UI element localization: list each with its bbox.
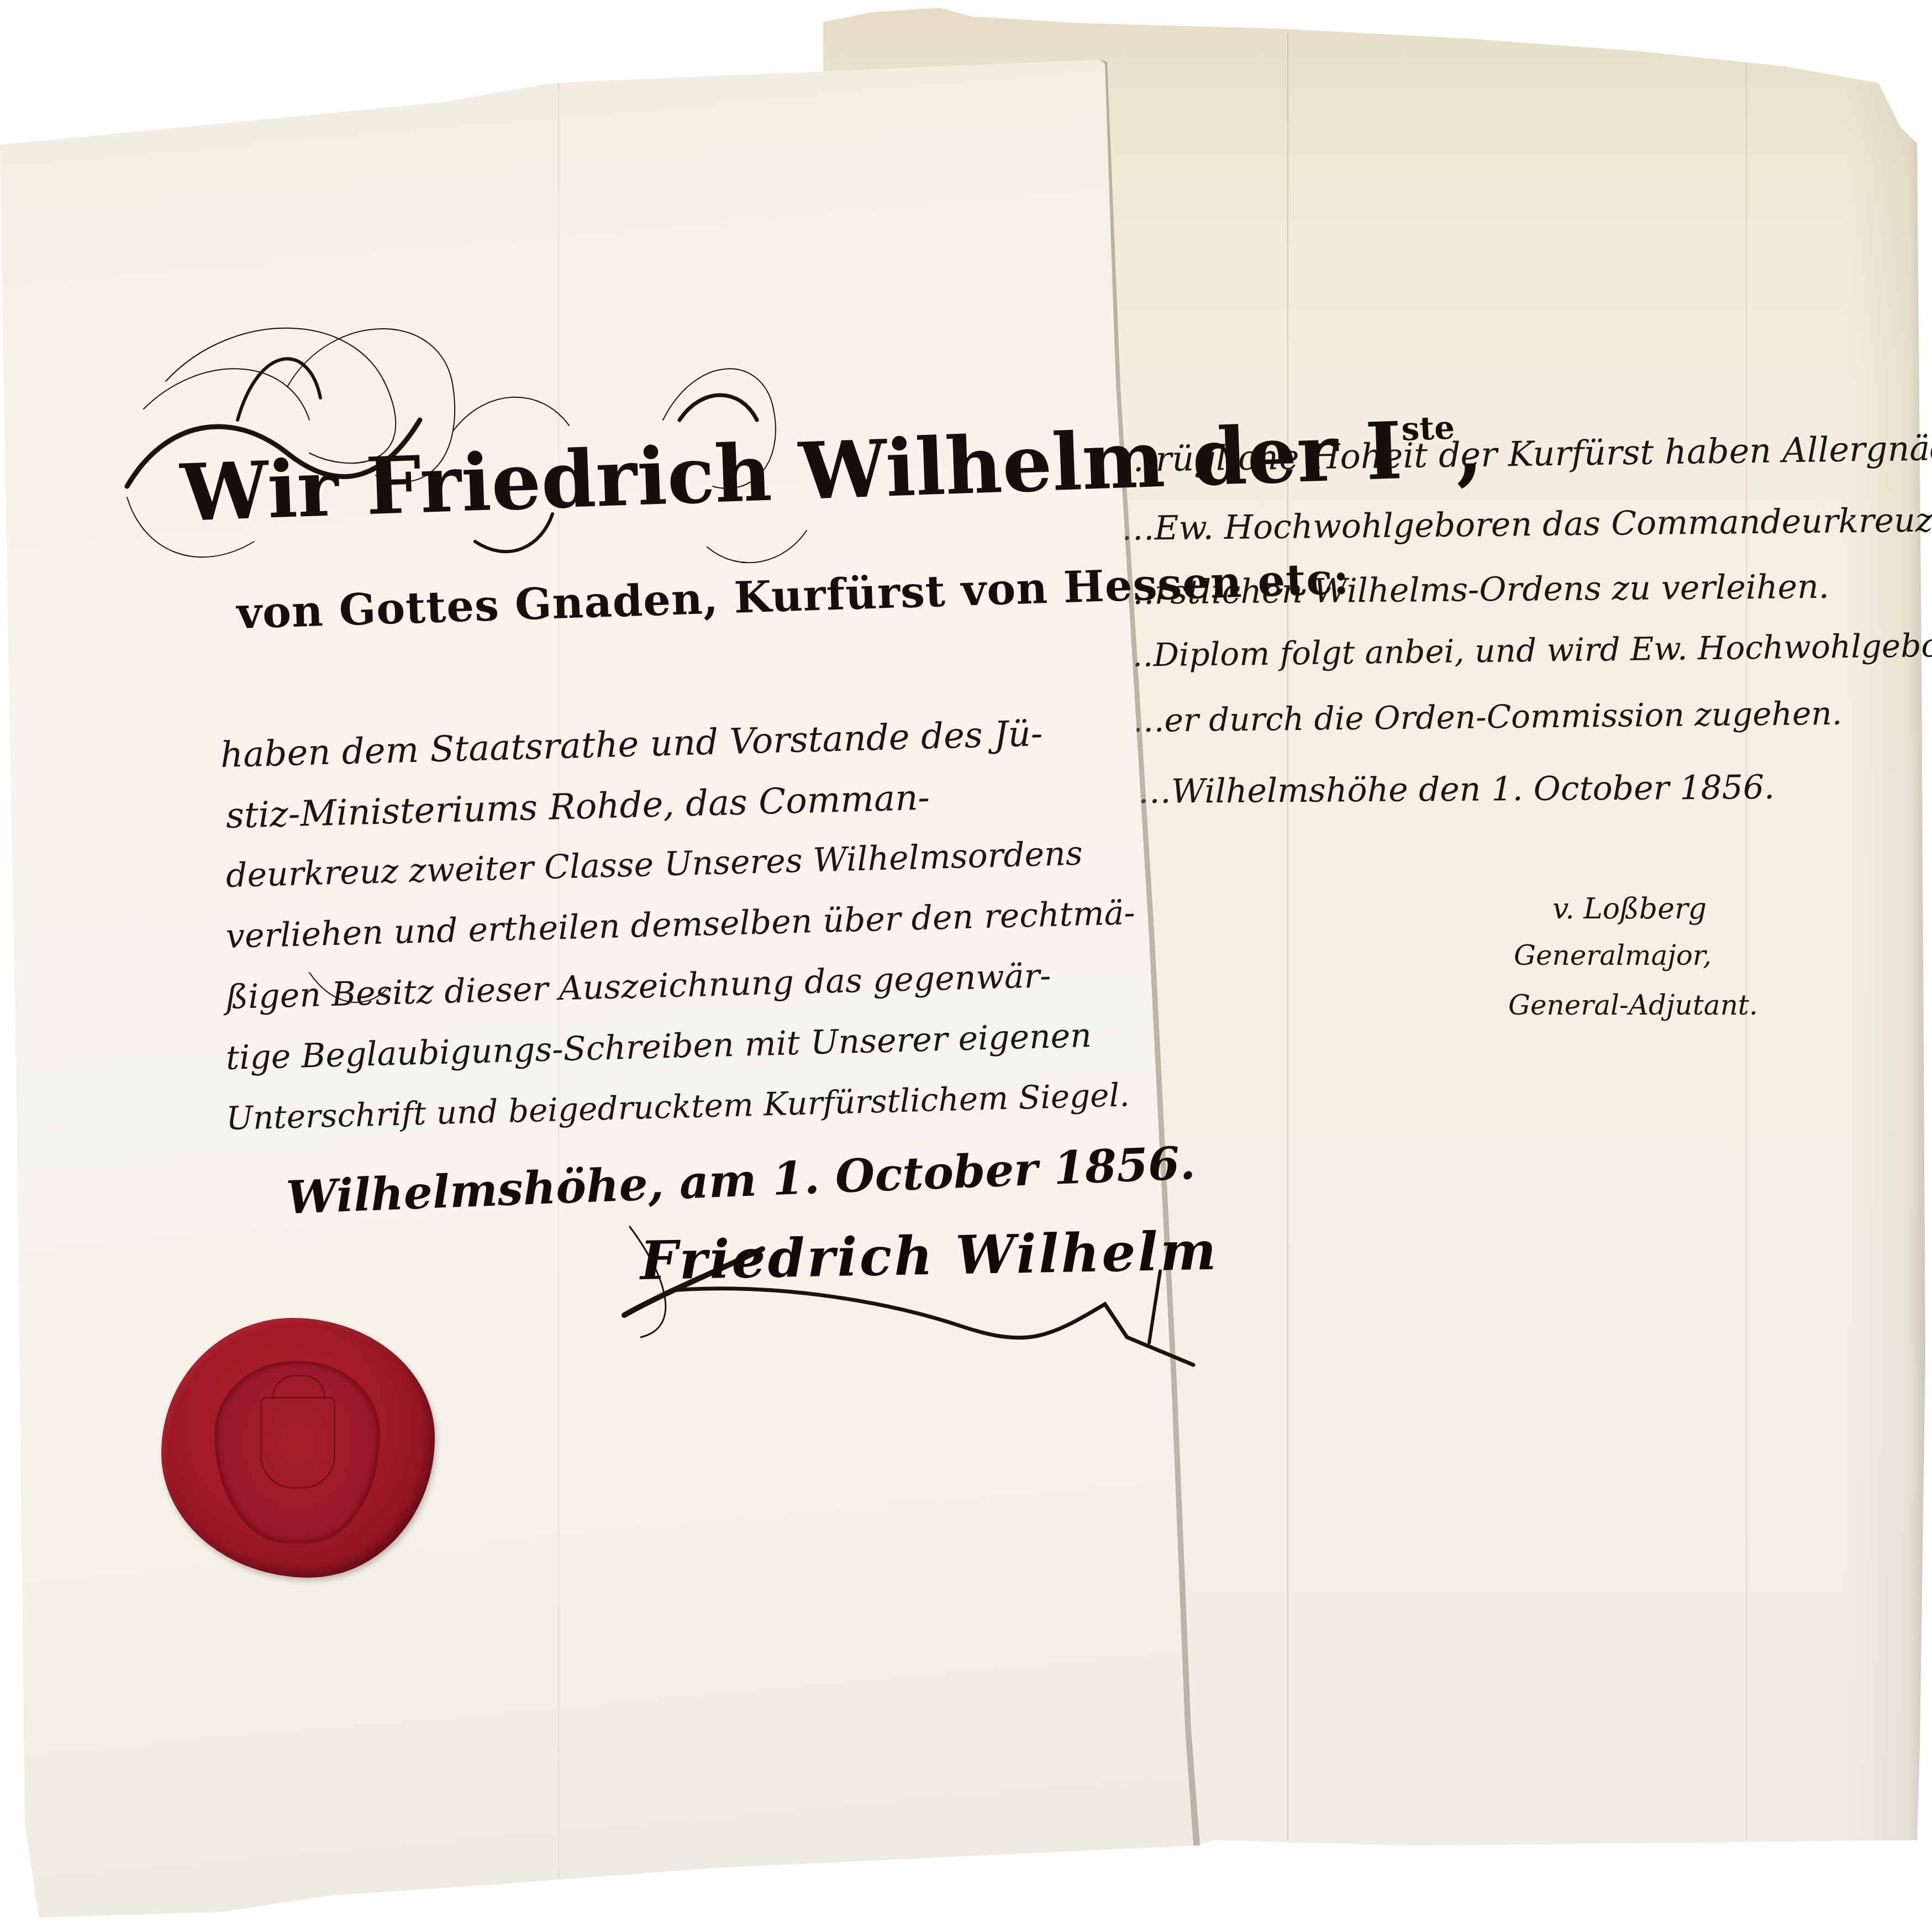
title-superscript: ste: [1401, 409, 1455, 448]
back-line-5: …er durch die Orden-Commission zugehen.: [1132, 695, 1842, 739]
back-fold-line: [1746, 61, 1747, 1840]
title-suffix: ,: [1454, 402, 1484, 495]
back-line-6: …Wilhelmshöhe den 1. October 1856.: [1138, 768, 1775, 811]
back-signature-rank: Generalmajor,: [1514, 939, 1712, 971]
sovereign-signature: Friedrich Wilhelm: [640, 1220, 1219, 1292]
seal-coat-of-arms-icon: [214, 1361, 380, 1543]
back-signature-title: General-Adjutant.: [1508, 989, 1758, 1021]
shield-icon: [260, 1397, 335, 1489]
document-photo: …rügliche Hoheit der Kurfürst haben Alle…: [0, 0, 1932, 1923]
seal-label: Kurfürstliches Siegel (red wax, coat of …: [161, 1590, 435, 1596]
back-signature-name: v. Loßberg: [1552, 892, 1707, 926]
crown-icon: [272, 1375, 325, 1399]
wax-seal: Kurfürstliches Siegel (red wax, coat of …: [161, 1318, 435, 1578]
back-fold-line: [1287, 33, 1288, 1840]
